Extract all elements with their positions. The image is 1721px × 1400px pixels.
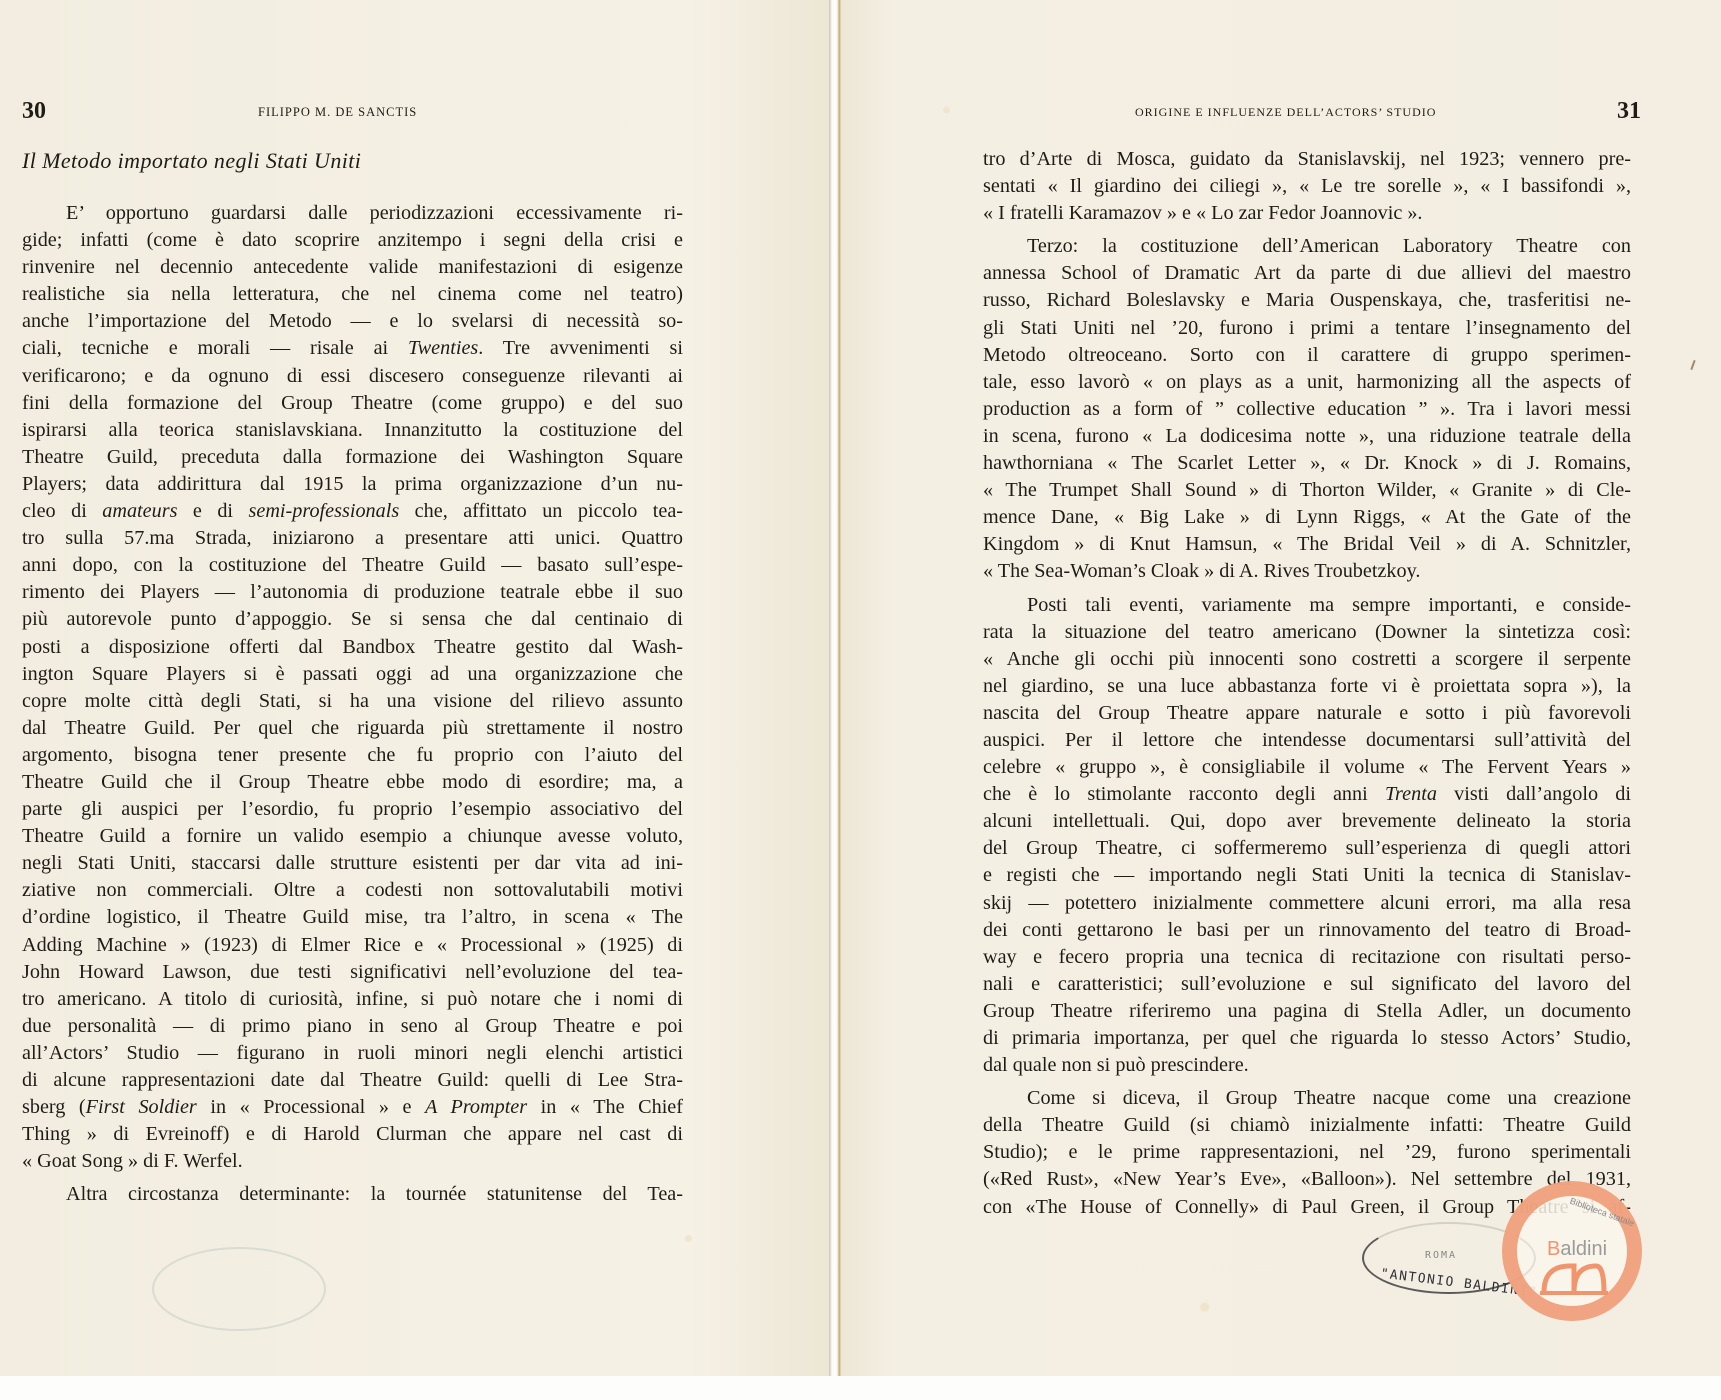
text-line: Theatre Guild che il Group Theatre ebbe … (22, 769, 683, 796)
text-line: skij — potettero inizialmente commettere… (983, 890, 1631, 917)
faint-stamp-showthrough (152, 1247, 326, 1331)
text-line: più autorevole punto d’appoggio. Se si s… (22, 606, 683, 633)
text-line: nel giardino, se una luce abbastanza for… (983, 673, 1631, 700)
right-page: Origine e influenze dell’Actors’ Studio … (842, 0, 1721, 1376)
text-line: nali e caratteristici; sull’evoluzione e… (983, 971, 1631, 998)
text-line: production as a form of ” collective edu… (983, 396, 1631, 423)
text-line: gli Stati Uniti nel ’20, furono i primi … (983, 315, 1631, 342)
page-number-left: 30 (22, 98, 46, 125)
text-line: Group Theatre riferiremo una pagina di S… (983, 998, 1631, 1025)
text-line: « The Trumpet Shall Sound » di Thorton W… (983, 477, 1631, 504)
text-line: tro sulla 57.ma Strada, iniziarono a pre… (22, 525, 683, 552)
text-line: della Theatre Guild (si chiamò inizialme… (983, 1112, 1631, 1139)
text-line: « The Sea-Woman’s Cloak » di A. Rives Tr… (983, 558, 1631, 585)
text-line: che è lo stimolante racconto degli anni … (983, 781, 1631, 808)
text-line: del Group Theatre, ci soffermeremo sull’… (983, 835, 1631, 862)
right-text-column: tro d’Arte di Mosca, guidato da Stanisla… (983, 146, 1631, 1221)
text-line: di alcune rappresentazioni date dal Thea… (22, 1067, 683, 1094)
text-line: rata la situazione del teatro americano … (983, 619, 1631, 646)
text-line: russo, Richard Boleslavsky e Maria Ouspe… (983, 287, 1631, 314)
text-line: way e fecero propria una tecnica di reci… (983, 944, 1631, 971)
text-line: Theatre Guild a fornire un valido esempi… (22, 823, 683, 850)
text-line: all’Actors’ Studio — figurano in ruoli m… (22, 1040, 683, 1067)
left-page: 30 Filippo M. De Sanctis Il Metodo impor… (0, 0, 830, 1376)
text-line: sberg (First Soldier in « Processional »… (22, 1094, 683, 1121)
left-text-column: E’ opportuno guardarsi dalle periodizzaz… (22, 200, 683, 1208)
text-line: tro americano. A titolo di curiosità, in… (22, 986, 683, 1013)
text-line: copre molte città degli Stati, si ha una… (22, 688, 683, 715)
text-line: Theatre Guild, preceduta dalla formazion… (22, 444, 683, 471)
text-line: Kingdom » di Knut Hamsun, « The Bridal V… (983, 531, 1631, 558)
text-line: rimento dei Players — l’autonomia di pro… (22, 579, 683, 606)
text-line: « Anche gli occhi più innocenti sono cos… (983, 646, 1631, 673)
book-gutter (829, 0, 841, 1376)
text-line: ciali, tecniche e morali — risale ai Twe… (22, 335, 683, 362)
text-line: dal quale non si può prescindere. (983, 1052, 1631, 1079)
arches-icon (1540, 1262, 1608, 1296)
text-line: nascita del Group Theatre appare natural… (983, 700, 1631, 727)
text-line: hawthorniana « The Scarlet Letter », « D… (983, 450, 1631, 477)
text-line: « Goat Song » di F. Werfel. (22, 1148, 683, 1175)
text-line: verificarono; e da ognuno di essi disces… (22, 363, 683, 390)
text-line: rinvenire nel decennio antecedente valid… (22, 254, 683, 281)
running-head-title: Origine e influenze dell’Actors’ Studio (1135, 105, 1436, 120)
text-line: ington Square Players si è passati oggi … (22, 661, 683, 688)
text-line: auspici. Per il lettore che intendesse d… (983, 727, 1631, 754)
section-title: Il Metodo importato negli Stati Uniti (22, 148, 361, 174)
text-line: cleo di amateurs e di semi-professionals… (22, 498, 683, 525)
text-line: fini della formazione del Group Theatre … (22, 390, 683, 417)
text-line: due personalità — di primo piano in seno… (22, 1013, 683, 1040)
text-line: d’ordine logistico, il Theatre Guild mis… (22, 904, 683, 931)
text-line: Thing » di Evreinoff) e di Harold Clurma… (22, 1121, 683, 1148)
page-number-right: 31 (1617, 98, 1641, 125)
text-line: anche l’importazione del Metodo — e lo s… (22, 308, 683, 335)
text-line: argomento, bisogna tener presente che fu… (22, 742, 683, 769)
text-line: John Howard Lawson, due testi significat… (22, 959, 683, 986)
text-line: celebre « gruppo », è consigliabile il v… (983, 754, 1631, 781)
text-line: Metodo oltreoceano. Sorto con il caratte… (983, 342, 1631, 369)
text-line: posti a disposizione offerti dal Bandbox… (22, 634, 683, 661)
logo-name: Baldini (1547, 1238, 1607, 1261)
text-line: Altra circostanza determinante: la tourn… (22, 1181, 683, 1208)
running-head-author: Filippo M. De Sanctis (258, 105, 417, 120)
text-line: negli Stati Uniti, staccarsi dalle strut… (22, 850, 683, 877)
text-line: dal Theatre Guild. Per quel che riguarda… (22, 715, 683, 742)
text-line: ziative non commerciali. Oltre a codesti… (22, 877, 683, 904)
text-line: gide; infatti (come è dato scoprire anzi… (22, 227, 683, 254)
text-line: Terzo: la costituzione dell’American Lab… (983, 233, 1631, 260)
text-line: tale, esso lavorò « on plays as a unit, … (983, 369, 1631, 396)
text-line: in scena, furono « La dodicesima notte »… (983, 423, 1631, 450)
text-line: « I fratelli Karamazov » e « Lo zar Fedo… (983, 200, 1631, 227)
text-line: dei conti gettarono le basi per un rinno… (983, 917, 1631, 944)
text-line: realistiche sia nella letteratura, che n… (22, 281, 683, 308)
text-line: Players; data addirittura dal 1915 la pr… (22, 471, 683, 498)
text-line: Come si diceva, il Group Theatre nacque … (983, 1085, 1631, 1112)
text-line: e registi che — importando negli Stati U… (983, 862, 1631, 889)
text-line: mence Dane, « Big Lake » di Lynn Riggs, … (983, 504, 1631, 531)
text-line: anni dopo, con la costituzione del Theat… (22, 552, 683, 579)
text-line: di primaria importanza, per quel che rig… (983, 1025, 1631, 1052)
text-line: Studio); e le prime rappresentazioni, ne… (983, 1139, 1631, 1166)
text-line: alcuni intellettuali. Qui, dopo aver bre… (983, 808, 1631, 835)
text-line: sentati « Il giardino dei ciliegi », « L… (983, 173, 1631, 200)
text-line: Posti tali eventi, variamente ma sempre … (983, 592, 1631, 619)
text-line: («Red Rust», «New Year’s Eve», «Balloon»… (983, 1166, 1631, 1193)
text-line: E’ opportuno guardarsi dalle periodizzaz… (22, 200, 683, 227)
text-line: tro d’Arte di Mosca, guidato da Stanisla… (983, 146, 1631, 173)
text-line: ispirarsi alla teorica stanislavskiana. … (22, 417, 683, 444)
stamp-city-text: ROMA (1425, 1250, 1457, 1261)
text-line: annessa School of Dramatic Art da parte … (983, 260, 1631, 287)
text-line: Adding Machine » (1923) di Elmer Rice e … (22, 932, 683, 959)
text-line: parte gli auspici per l’esordio, fu prop… (22, 796, 683, 823)
